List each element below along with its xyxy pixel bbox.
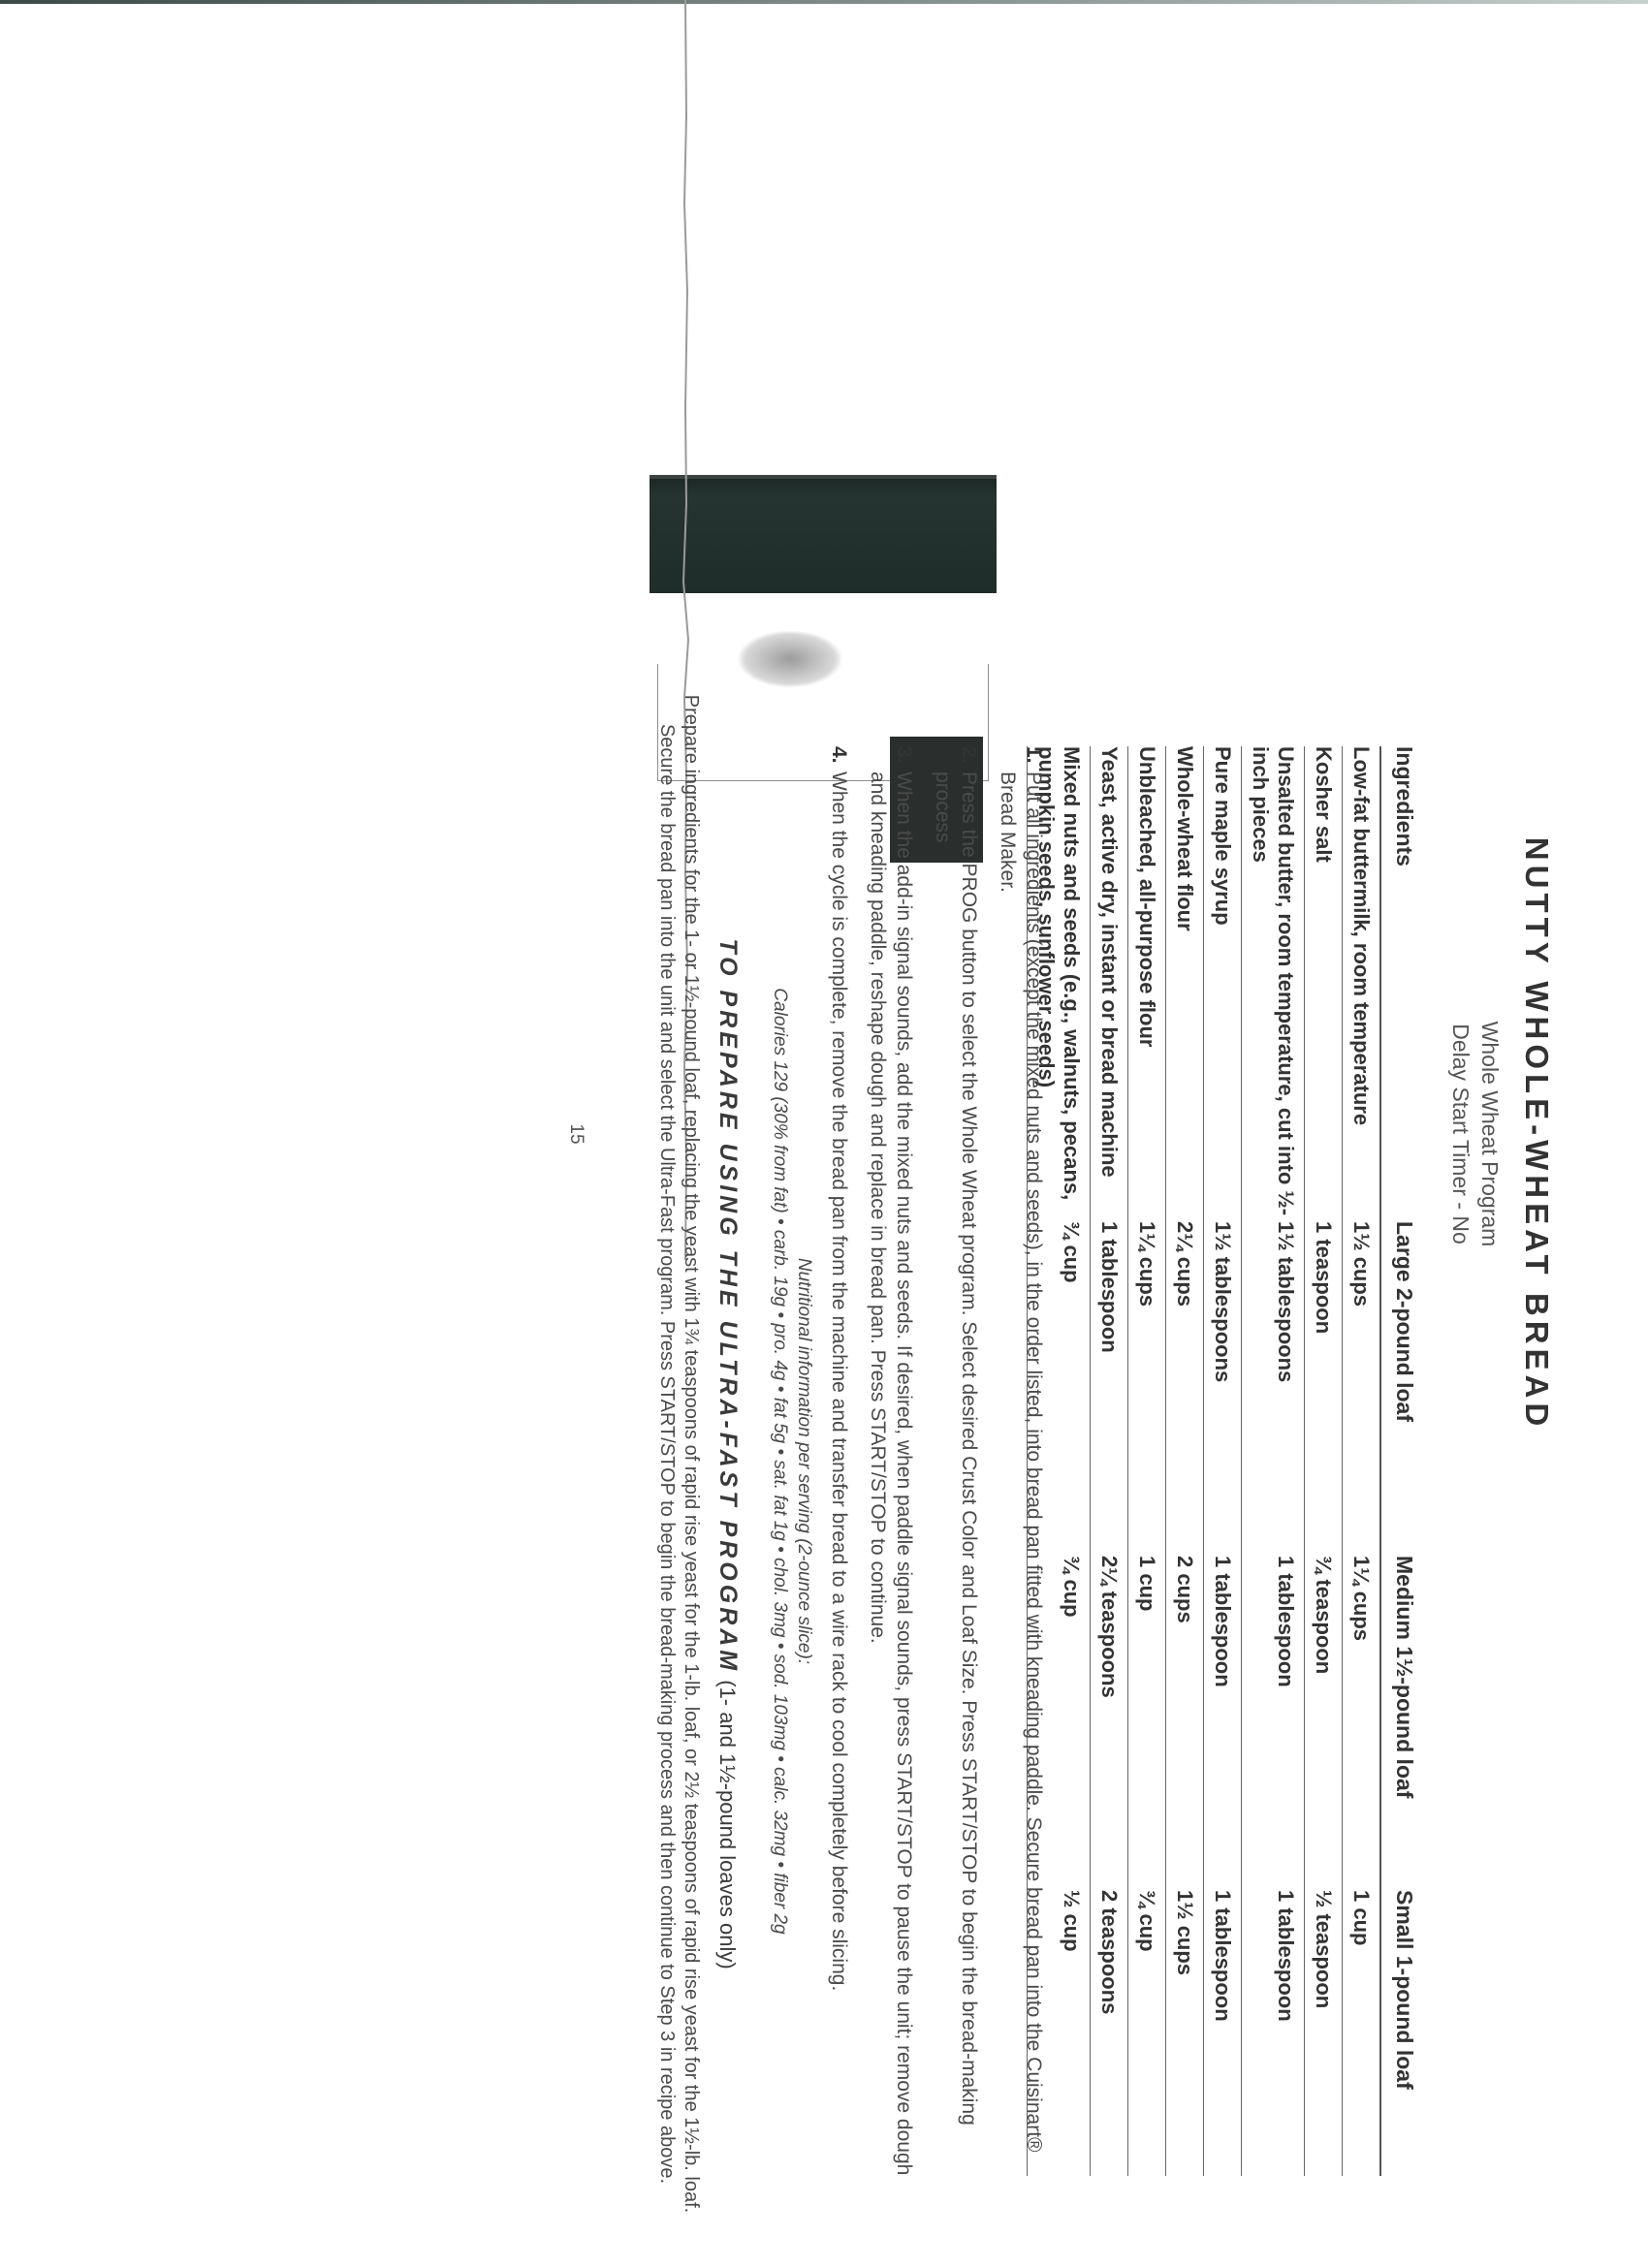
header-medium-loaf: Medium 1½-pound loaf: [1380, 1556, 1439, 1890]
scanned-dark-block: [650, 475, 997, 593]
nutrition-facts: Calories 129 (30% from fat) • carb. 19g …: [769, 746, 790, 2176]
ingredient-name: Pure maple syrup: [1204, 746, 1242, 1221]
medium-amount: 1 tablespoon: [1242, 1556, 1305, 1890]
ingredient-name: Yeast, active dry, instant or bread mach…: [1091, 746, 1128, 1221]
table-row: Unbleached, all-purpose flour 1¼ cups 1 …: [1128, 746, 1166, 2176]
header-small-loaf: Small 1-pound loaf: [1380, 1890, 1439, 2176]
medium-amount: 1 tablespoon: [1204, 1556, 1242, 1890]
small-amount: ¾ cup: [1128, 1890, 1166, 2176]
large-amount: 2¼ cups: [1166, 1221, 1204, 1556]
step-number: 4.: [826, 746, 852, 764]
table-row: Whole-wheat flour 2¼ cups 2 cups 1½ cups: [1166, 746, 1204, 2176]
recipe-title: NUTTY WHOLE-WHEAT BREAD: [1518, 0, 1555, 2268]
ultra-fast-title: TO PREPARE USING THE ULTRA-FAST PROGRAM: [714, 938, 742, 1674]
large-amount: 1 teaspoon: [1305, 1221, 1343, 1556]
program-name: Whole Wheat Program: [1476, 0, 1503, 2268]
ingredient-name: Kosher salt: [1305, 746, 1343, 1221]
nutrition-heading: Nutritional information per serving (2-o…: [793, 746, 814, 2176]
step-number: 2.: [956, 746, 982, 764]
instruction-steps: 1. Put all ingredients (except the mixed…: [813, 746, 1047, 2176]
medium-amount: 1 cup: [1128, 1556, 1166, 1890]
step-text: When the cycle is complete, remove the b…: [828, 772, 850, 1991]
delay-timer-note: Delay Start Timer - No: [1447, 0, 1474, 2268]
small-amount: 2 teaspoons: [1091, 1890, 1128, 2176]
table-row: Low-fat buttermilk, room temperature 1½ …: [1343, 746, 1381, 2176]
large-amount: 1 tablespoon: [1091, 1221, 1128, 1556]
header-large-loaf: Large 2-pound loaf: [1380, 1221, 1439, 1556]
ingredient-name: Low-fat buttermilk, room temperature: [1343, 746, 1381, 1221]
table-row: Pure maple syrup 1½ tablespoons 1 tables…: [1204, 746, 1242, 2176]
ingredient-name: Unbleached, all-purpose flour: [1128, 746, 1166, 1221]
ultra-fast-heading: TO PREPARE USING THE ULTRA-FAST PROGRAM …: [713, 669, 742, 2239]
step-number: 3.: [891, 746, 917, 764]
ultra-fast-instructions: Prepare ingredients for the 1- or 1½-pou…: [654, 669, 703, 2239]
medium-amount: ¾ teaspoon: [1305, 1556, 1343, 1890]
step-item: 1. Put all ingredients (except the mixed…: [995, 746, 1047, 2176]
ingredient-name: Whole-wheat flour: [1166, 746, 1204, 1221]
header-ingredients: Ingredients: [1380, 746, 1439, 1221]
small-amount: 1 tablespoon: [1242, 1890, 1305, 2176]
medium-amount: 2¼ teaspoons: [1091, 1556, 1128, 1890]
recipe-page: NUTTY WHOLE-WHEAT BREAD Whole Wheat Prog…: [0, 0, 1648, 2268]
step-text: Press the PROG button to select the Whol…: [932, 772, 980, 2126]
table-row: Unsalted butter, room temperature, cut i…: [1242, 746, 1305, 2176]
ingredients-table: Ingredients Large 2-pound loaf Medium 1½…: [1027, 746, 1439, 2176]
table-row: Yeast, active dry, instant or bread mach…: [1091, 746, 1128, 2176]
step-item: 3. When the add-in signal sounds, add th…: [865, 746, 917, 2176]
page-number: 15: [565, 0, 586, 2268]
small-amount: 1 cup: [1343, 1890, 1381, 2176]
ultra-fast-note: (1- and 1½-pound loaves only): [715, 1680, 740, 1969]
medium-amount: 1¼ cups: [1343, 1556, 1381, 1890]
step-text: When the add-in signal sounds, add the m…: [867, 772, 915, 2175]
medium-amount: 2 cups: [1166, 1556, 1204, 1890]
small-amount: 1 tablespoon: [1204, 1890, 1242, 2176]
large-amount: 1¼ cups: [1128, 1221, 1166, 1556]
large-amount: 1½ cups: [1343, 1221, 1381, 1556]
small-amount: ½ teaspoon: [1305, 1890, 1343, 2176]
ingredient-name: Unsalted butter, room temperature, cut i…: [1242, 746, 1305, 1221]
table-row: Kosher salt 1 teaspoon ¾ teaspoon ½ teas…: [1305, 746, 1343, 2176]
large-amount: 1½ tablespoons: [1204, 1221, 1242, 1556]
step-item: 4. When the cycle is complete, remove th…: [826, 746, 852, 2176]
step-number: 1.: [1021, 746, 1047, 764]
paper-curl: [737, 630, 843, 688]
large-amount: 1½ tablespoons: [1242, 1221, 1305, 1556]
step-text: Put all ingredients (except the mixed nu…: [997, 772, 1045, 2153]
table-header-row: Ingredients Large 2-pound loaf Medium 1½…: [1380, 746, 1439, 2176]
small-amount: 1½ cups: [1166, 1890, 1204, 2176]
step-item: 2. Press the PROG button to select the W…: [930, 746, 982, 2176]
